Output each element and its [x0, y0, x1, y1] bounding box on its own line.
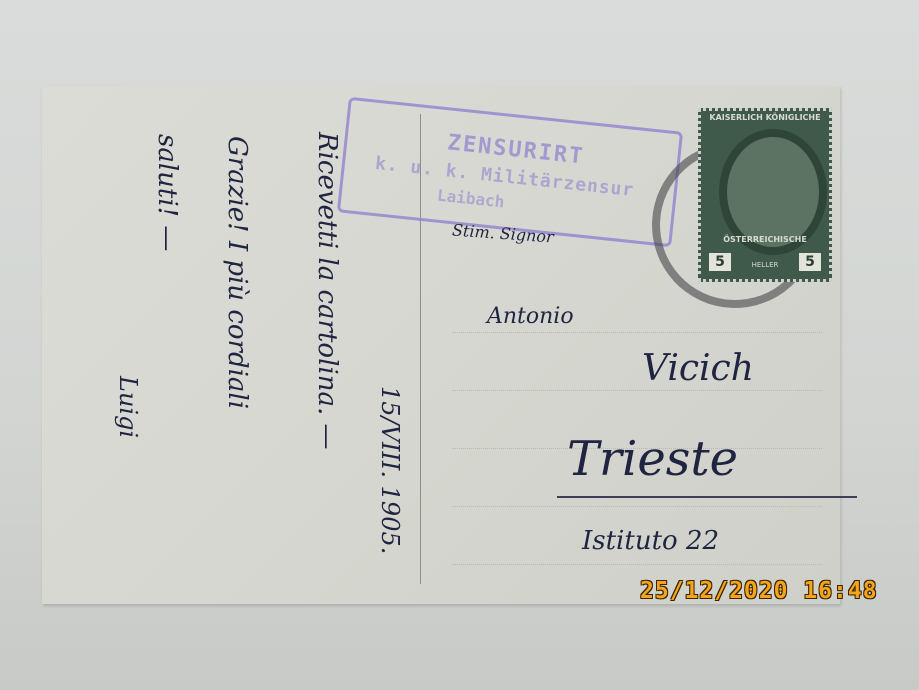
- message-date: 15/VIII. 1905.: [376, 386, 404, 554]
- address-line: [452, 506, 822, 507]
- postcard: ZENSURIRT k. u. k. Militärzensur Laibach…: [42, 86, 840, 604]
- message-line-1: Ricevetti la cartolina. —: [312, 132, 342, 449]
- address-first-name: Antonio: [487, 304, 574, 329]
- message-signature: Luigi: [114, 376, 142, 438]
- camera-timestamp: 25/12/2020 16:48: [640, 578, 878, 604]
- stamp-denomination: HELLER: [741, 261, 789, 269]
- stamp-top-text: KAISERLICH KÖNIGLICHE: [701, 113, 829, 122]
- stamp-value-right: 5: [799, 253, 821, 271]
- address-line: [452, 332, 822, 333]
- postage-stamp: KAISERLICH KÖNIGLICHE ÖSTERREICHISCHE 5 …: [698, 108, 832, 282]
- address-city: Trieste: [567, 431, 738, 487]
- stamp-bottom-text: ÖSTERREICHISCHE: [701, 235, 829, 244]
- address-line: [452, 564, 822, 565]
- address-last-name: Vicich: [642, 348, 754, 389]
- message-line-2: Grazie! I più cordiali: [222, 136, 252, 409]
- address-street: Istituto 22: [582, 526, 719, 556]
- address-line: [452, 390, 822, 391]
- message-line-3: saluti! —: [152, 134, 182, 251]
- stamp-value-left: 5: [709, 253, 731, 271]
- censor-line-3: Laibach: [436, 186, 505, 212]
- city-underline: [557, 496, 857, 498]
